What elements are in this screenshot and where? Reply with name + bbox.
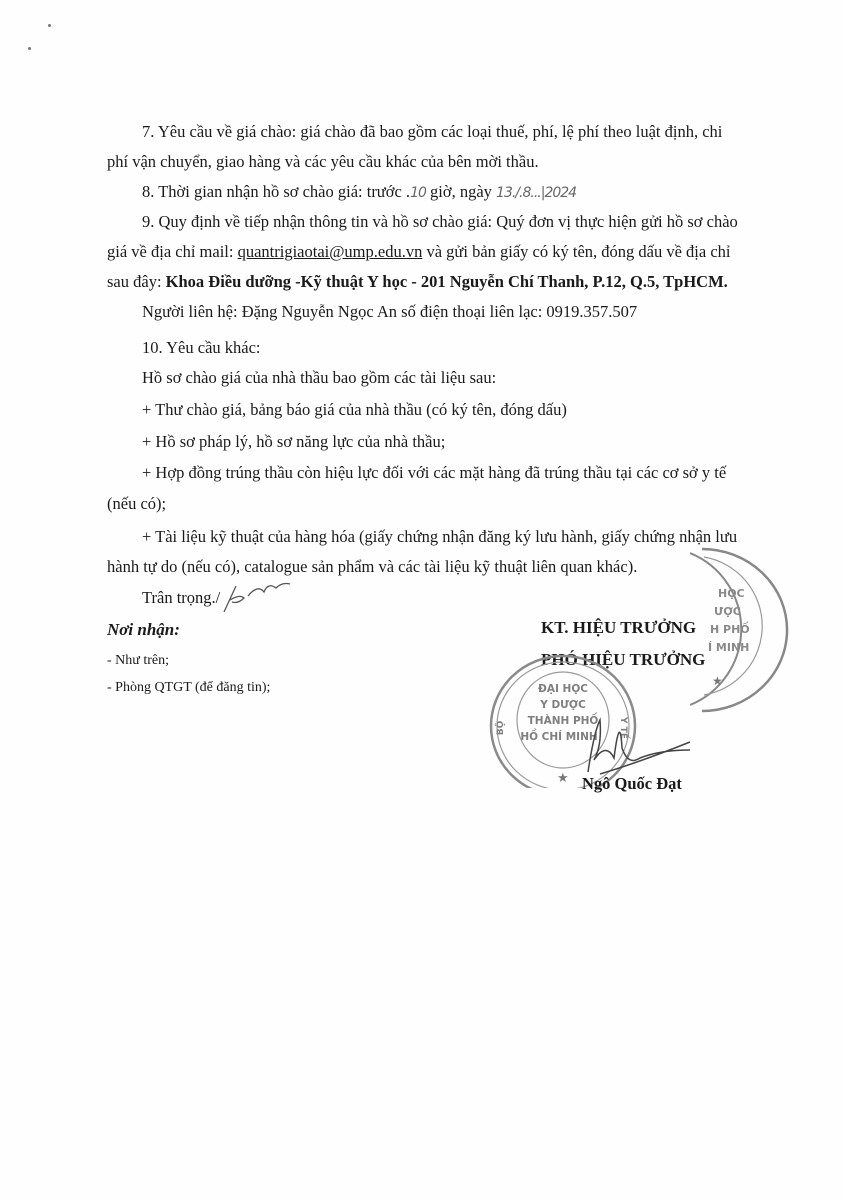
recipients-title: Nơi nhận: (107, 620, 180, 640)
document-page: 7. Yêu cầu về giá chào: giá chào đã bao … (0, 0, 843, 1200)
item-8-prefix: 8. Thời gian nhận hồ sơ chào giá: trước … (142, 182, 410, 201)
closing: Trân trọng./ (142, 588, 220, 608)
svg-text:★: ★ (557, 770, 569, 785)
svg-text:★: ★ (712, 674, 723, 688)
doc-2: + Hồ sơ pháp lý, hồ sơ năng lực của nhà … (142, 432, 445, 452)
item-8: 8. Thời gian nhận hồ sơ chào giá: trước … (142, 182, 576, 203)
scan-speck (28, 47, 31, 50)
signatory-name: Ngô Quốc Đạt (582, 774, 682, 794)
svg-text:ƯỢC: ƯỢC (714, 605, 741, 618)
svg-text:ĐẠI HỌC: ĐẠI HỌC (538, 683, 588, 695)
item-7-line-1: 7. Yêu cầu về giá chào: giá chào đã bao … (142, 122, 722, 142)
item-9-text: sau đây: (107, 272, 166, 291)
signature-title-1: KT. HIỆU TRƯỞNG (541, 618, 696, 638)
item-9-line-2: giá về địa chỉ mail: quantrigiaotai@ump.… (107, 242, 731, 262)
item-9-line-1: 9. Quy định về tiếp nhận thông tin và hồ… (142, 212, 738, 232)
item-9-line-3: sau đây: Khoa Điều dưỡng -Kỹ thuật Y học… (107, 272, 728, 292)
doc-4-line-2: hành tự do (nếu có), catalogue sản phẩm … (107, 557, 637, 577)
initial-signature-icon (218, 578, 298, 618)
handwritten-date: 13./.8...|2024 (496, 185, 576, 201)
item-7-line-2: phí vận chuyển, giao hàng và các yêu cầu… (107, 152, 539, 172)
scan-speck (48, 24, 51, 27)
svg-text:HỌC: HỌC (718, 587, 745, 600)
svg-text:Í MINH: Í MINH (708, 641, 749, 654)
docs-intro: Hồ sơ chào giá của nhà thầu bao gồm các … (142, 368, 496, 388)
partial-stamp-icon: HỌC ƯỢC H PHỐ Í MINH ★ (690, 545, 800, 715)
handwritten-signature-icon (580, 702, 720, 782)
doc-4-line-1: + Tài liệu kỹ thuật của hàng hóa (giấy c… (142, 527, 737, 547)
email-link[interactable]: quantrigiaotai@ump.edu.vn (238, 242, 423, 261)
doc-1: + Thư chào giá, bảng báo giá của nhà thầ… (142, 400, 567, 420)
handwritten-hour: 10 (410, 185, 426, 201)
svg-text:BỘ: BỘ (495, 720, 506, 735)
doc-3-line-2: (nếu có); (107, 494, 166, 514)
recipient-item: - Như trên; (107, 653, 169, 669)
doc-3-line-1: + Hợp đồng trúng thầu còn hiệu lực đối v… (142, 463, 726, 483)
contact-line: Người liên hệ: Đặng Nguyễn Ngọc An số đi… (142, 302, 637, 322)
item-9-text: và gửi bản giấy có ký tên, đóng dấu về đ… (422, 242, 730, 261)
address: Khoa Điều dưỡng -Kỹ thuật Y học - 201 Ng… (166, 272, 728, 291)
item-9-text: giá về địa chỉ mail: (107, 242, 238, 261)
recipient-item: - Phòng QTGT (để đăng tin); (107, 680, 270, 696)
item-10: 10. Yêu cầu khác: (142, 338, 261, 358)
item-8-mid: giờ, ngày (426, 182, 496, 201)
svg-text:H PHỐ: H PHỐ (710, 621, 750, 636)
